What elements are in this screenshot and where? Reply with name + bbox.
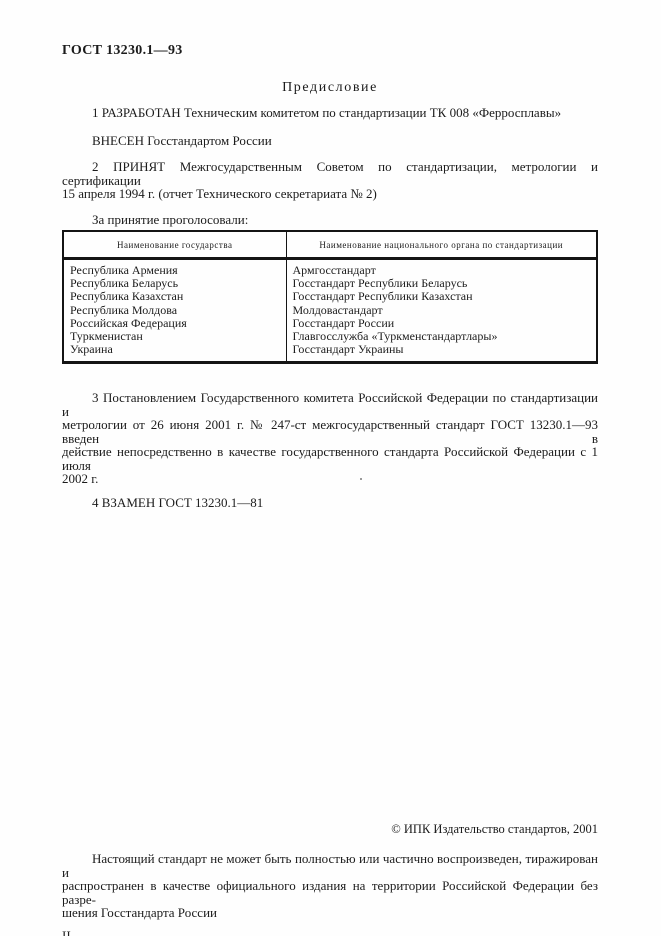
text-line: действие непосредственно в качестве госу… (62, 445, 598, 472)
vote-table-body: Республика АрменияАрмгосстандартРеспубли… (63, 259, 597, 363)
vote-intro: За принятие проголосовали: (62, 213, 598, 227)
doc-number: ГОСТ 13230.1—93 (62, 44, 598, 58)
text-line: Настоящий стандарт не может быть полност… (62, 852, 598, 879)
table-header-org: Наименование национального органа по ста… (286, 231, 597, 259)
text-line: 2 ПРИНЯТ Межгосударственным Советом по с… (62, 160, 598, 187)
page-content: ГОСТ 13230.1—93 Предисловие 1 РАЗРАБОТАН… (62, 0, 598, 936)
page-number: II (62, 929, 598, 936)
clause-replaces: 4 ВЗАМЕН ГОСТ 13230.1—81 (62, 496, 598, 510)
text-line: распространен в качестве официального из… (62, 879, 598, 906)
vote-table: Наименование государства Наименование на… (62, 230, 598, 364)
text-line: 2002 г. (62, 472, 598, 486)
table-row: Республика КазахстанГосстандарт Республи… (63, 290, 597, 303)
state-cell: Республика Казахстан (63, 290, 286, 303)
table-row: УкраинаГосстандарт Украины (63, 343, 597, 363)
org-cell: Молдовастандарт (286, 304, 597, 317)
text-line: 3 Постановлением Государственного комите… (62, 391, 598, 418)
clause-enacted: 3 Постановлением Государственного комите… (62, 391, 598, 486)
text-line: метрологии от 26 июня 2001 г. № 247-ст м… (62, 418, 598, 445)
clause-adopted: 2 ПРИНЯТ Межгосударственным Советом по с… (62, 160, 598, 201)
scan-speck (360, 478, 362, 480)
table-row: Республика АрменияАрмгосстандарт (63, 259, 597, 278)
org-cell: Госстандарт Республики Казахстан (286, 290, 597, 303)
copyright-notice: © ИПК Издательство стандартов, 2001 (62, 823, 598, 836)
clause-submitted: ВНЕСЕН Госстандартом России (62, 134, 598, 148)
state-cell: Республика Молдова (63, 304, 286, 317)
document-page: ГОСТ 13230.1—93 Предисловие 1 РАЗРАБОТАН… (0, 0, 661, 936)
clause-developed: 1 РАЗРАБОТАН Техническим комитетом по ст… (62, 106, 598, 120)
text-line: шения Госстандарта России (62, 906, 598, 920)
table-row: Республика МолдоваМолдовастандарт (63, 304, 597, 317)
section-title: Предисловие (62, 81, 598, 95)
org-cell: Госстандарт Украины (286, 343, 597, 363)
table-header-state: Наименование государства (63, 231, 286, 259)
reproduction-restriction: Настоящий стандарт не может быть полност… (62, 852, 598, 920)
state-cell: Республика Армения (63, 259, 286, 278)
state-cell: Украина (63, 343, 286, 363)
table-header-row: Наименование государства Наименование на… (63, 231, 597, 259)
text-line: 15 апреля 1994 г. (отчет Технического се… (62, 187, 598, 201)
org-cell: Армгосстандарт (286, 259, 597, 278)
